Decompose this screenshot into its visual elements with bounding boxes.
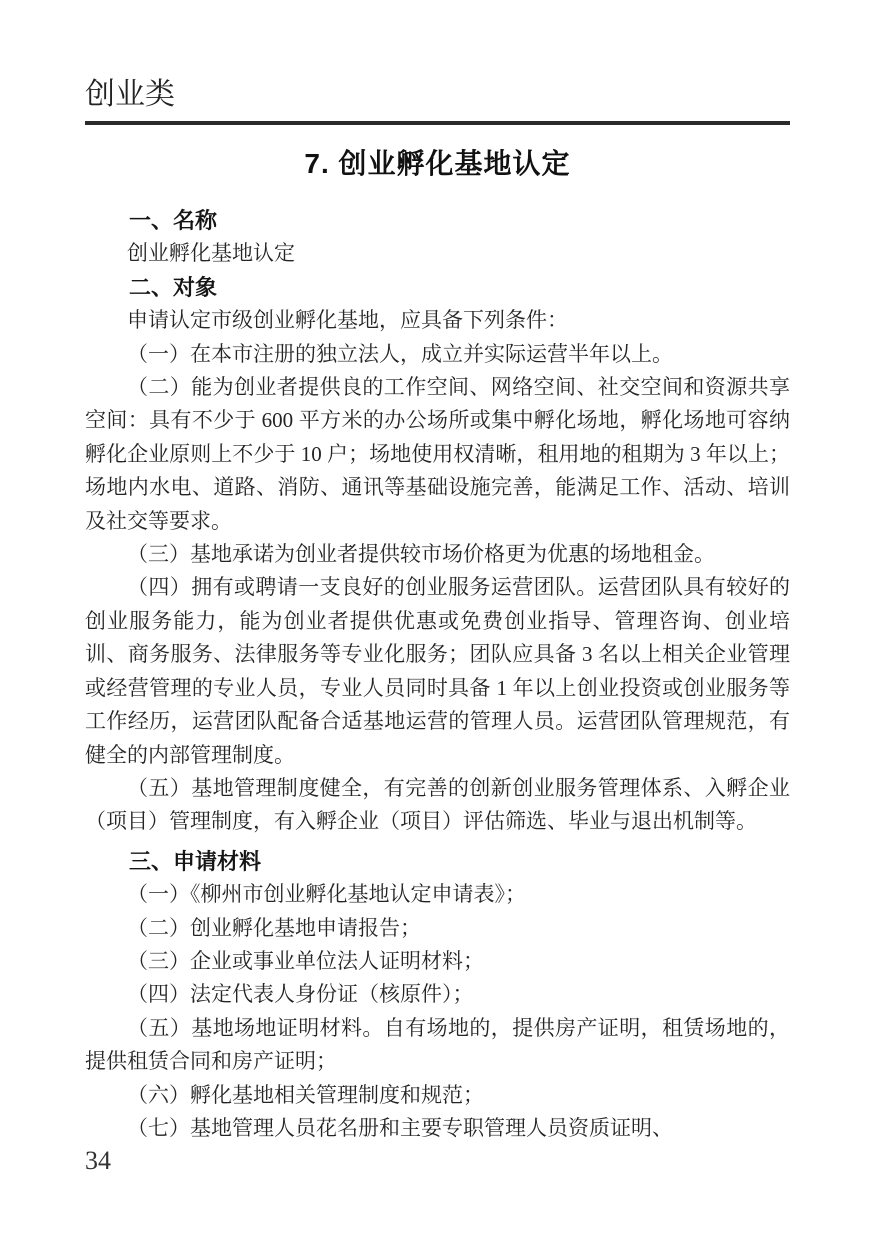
- paragraph: （七）基地管理人员花名册和主要专职管理人员资质证明、: [85, 1112, 790, 1145]
- paragraph: 申请认定市级创业孵化基地，应具备下列条件：: [85, 304, 790, 337]
- page-header: 创业类: [85, 78, 790, 125]
- paragraph: （四）拥有或聘请一支良好的创业服务运营团队。运营团队具有较好的创业服务能力，能为…: [85, 571, 790, 771]
- paragraph: （五）基地管理制度健全，有完善的创新创业服务管理体系、入孵企业（项目）管理制度，…: [85, 772, 790, 839]
- section-target: 二、对象 申请认定市级创业孵化基地，应具备下列条件： （一）在本市注册的独立法人…: [85, 271, 790, 839]
- section-name: 一、名称 创业孵化基地认定: [85, 204, 790, 271]
- section-heading-target: 二、对象: [85, 271, 790, 304]
- paragraph: （一）《柳州市创业孵化基地认定申请表》；: [85, 878, 790, 911]
- paragraph: （三）基地承诺为创业者提供较市场价格更为优惠的场地租金。: [85, 538, 790, 571]
- paragraph: （二）能为创业者提供良的工作空间、网络空间、社交空间和资源共享空间：具有不少于 …: [85, 371, 790, 538]
- section-heading-name: 一、名称: [85, 204, 790, 237]
- section-application-materials: 三、申请材料 （一）《柳州市创业孵化基地认定申请表》； （二）创业孵化基地申请报…: [85, 845, 790, 1146]
- paragraph: （一）在本市注册的独立法人，成立并实际运营半年以上。: [85, 338, 790, 371]
- paragraph: （四）法定代表人身份证（核原件）；: [85, 978, 790, 1011]
- paragraph: （六）孵化基地相关管理制度和规范；: [85, 1079, 790, 1112]
- paragraph: （五）基地场地证明材料。自有场地的，提供房产证明，租赁场地的，提供租赁合同和房产…: [85, 1012, 790, 1079]
- document-title: 7. 创业孵化基地认定: [85, 147, 790, 180]
- header-rule: [85, 121, 790, 125]
- section-heading-application-materials: 三、申请材料: [85, 845, 790, 878]
- paragraph: （二）创业孵化基地申请报告；: [85, 912, 790, 945]
- document-page: 创业类 7. 创业孵化基地认定 一、名称 创业孵化基地认定 二、对象 申请认定市…: [0, 0, 875, 1241]
- page-number: 34: [85, 1146, 111, 1176]
- paragraph: （三）企业或事业单位法人证明材料；: [85, 945, 790, 978]
- category-label: 创业类: [85, 78, 790, 112]
- paragraph: 创业孵化基地认定: [85, 237, 790, 270]
